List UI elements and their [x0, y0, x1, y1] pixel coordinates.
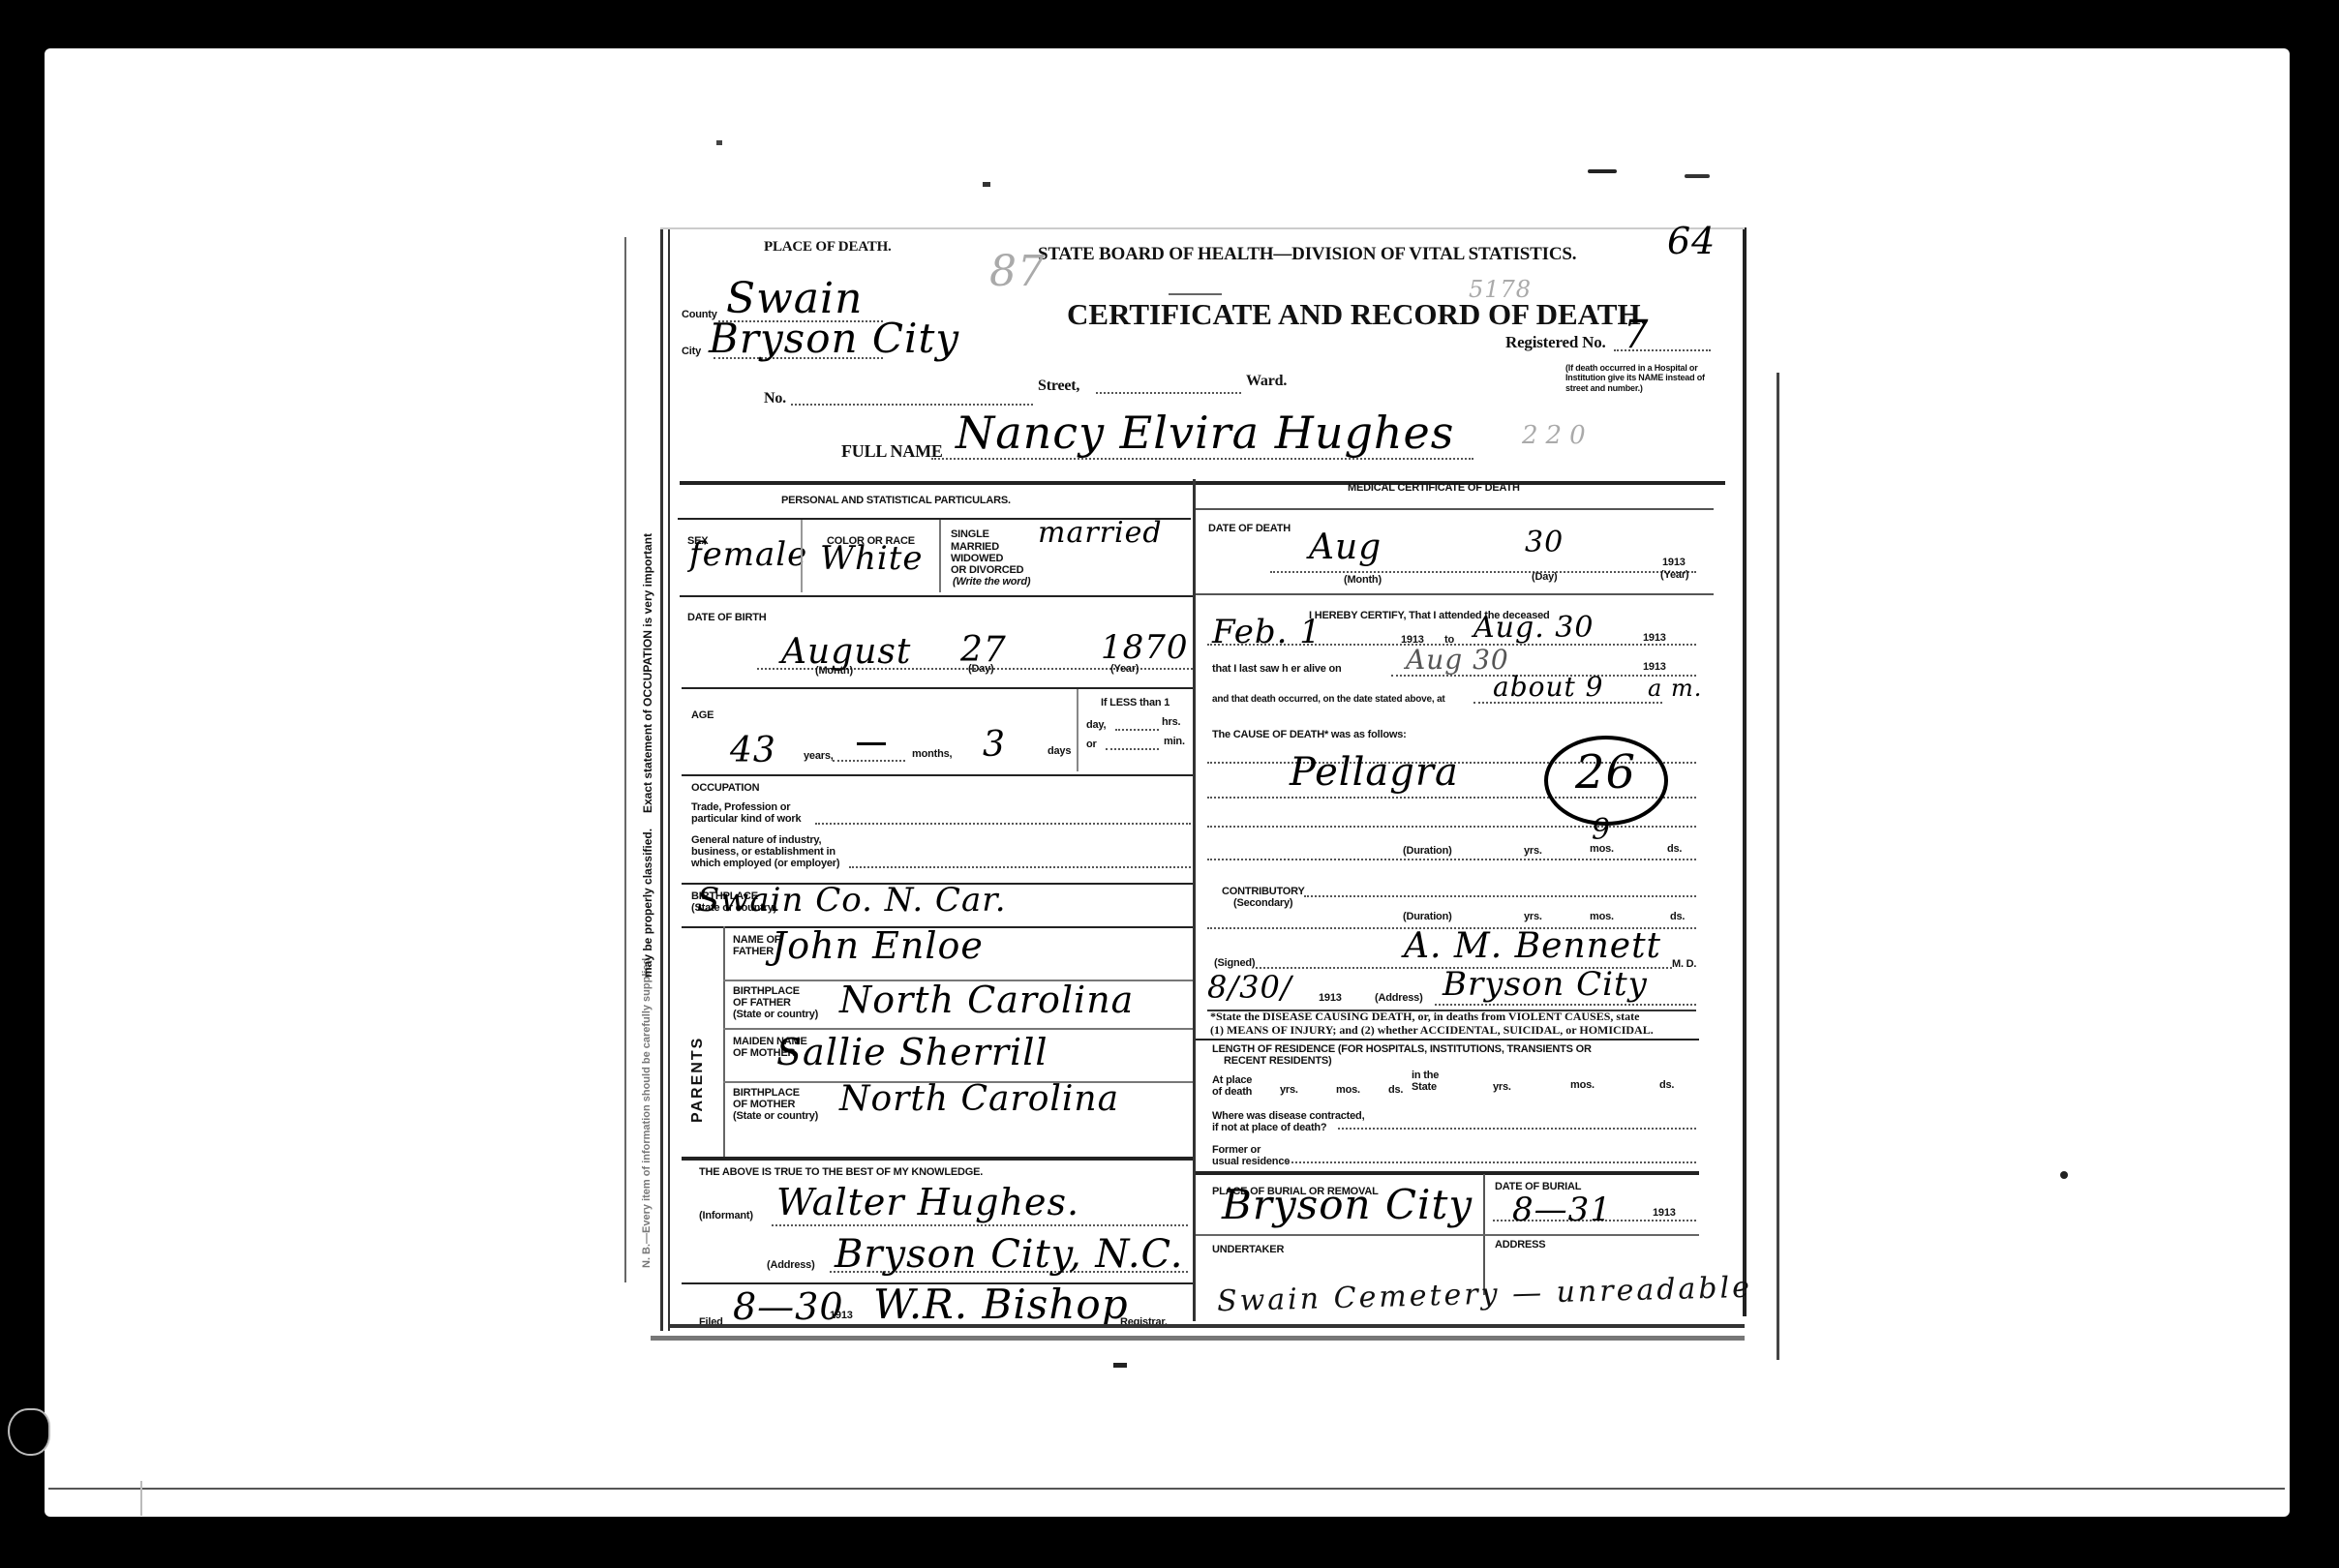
dob-month-caption: (Month)	[815, 665, 853, 677]
row-rule	[1196, 1171, 1699, 1175]
row-rule	[1196, 508, 1714, 510]
full-name-label: FULL NAME	[841, 442, 943, 462]
former-residence-label-2: usual residence	[1212, 1156, 1290, 1167]
or-label: or	[1086, 739, 1097, 750]
death-time-label: and that death occurred, on the date sta…	[1212, 694, 1445, 705]
margin-note-1: N. B.—Every item of information should b…	[641, 955, 653, 1268]
last-saw-year: 1913	[1643, 661, 1666, 673]
column-divider	[1193, 479, 1196, 1321]
father-birthplace-label-1: BIRTHPLACE	[733, 985, 800, 997]
parents-divider	[723, 926, 725, 1159]
age-label: AGE	[691, 709, 714, 721]
stray-mark	[1588, 169, 1617, 173]
medical-section-title: MEDICAL CERTIFICATE OF DEATH	[1348, 482, 1520, 494]
dod-day[interactable]: 30	[1525, 526, 1564, 559]
form-bottom-shadow	[651, 1336, 1745, 1341]
burial-year: 1913	[1653, 1207, 1676, 1219]
signed-address-value[interactable]: Bryson City	[1443, 965, 1648, 1004]
residence-title-2: RECENT RESIDENTS)	[1224, 1055, 1332, 1067]
contracted-line[interactable]	[1338, 1128, 1696, 1130]
full-name-annotation: 220	[1522, 421, 1594, 450]
less-than-day-label: If LESS than 1	[1101, 697, 1169, 709]
contributory-mos: mos.	[1590, 911, 1614, 922]
informant-address-value[interactable]: Bryson City, N.C.	[835, 1232, 1183, 1277]
personal-section-title: PERSONAL AND STATISTICAL PARTICULARS.	[781, 495, 1011, 506]
signed-address-line	[1435, 1004, 1696, 1006]
title-rule	[1169, 293, 1222, 295]
dod-year-caption: (Year)	[1660, 569, 1688, 581]
marital-label-2: MARRIED	[951, 541, 999, 553]
margin-number-mark: 87	[989, 247, 1046, 296]
dod-day-caption: (Day)	[1532, 571, 1558, 583]
md-label: M. D.	[1672, 958, 1696, 970]
filed-date[interactable]: 8—30	[733, 1285, 844, 1328]
sheet-tick-mark	[140, 1481, 142, 1516]
row-rule	[682, 1157, 1193, 1161]
industry-line[interactable]	[849, 866, 1191, 868]
stray-mark	[1113, 1363, 1127, 1368]
marital-label-5: (Write the word)	[953, 576, 1030, 588]
race-value[interactable]: White	[820, 539, 924, 578]
former-residence-label-1: Former or	[1212, 1144, 1261, 1156]
age-months-caption: months,	[912, 748, 952, 760]
at-place-label-1: At place	[1212, 1074, 1252, 1086]
contributory-label: CONTRIBUTORY	[1222, 886, 1305, 897]
form-bottom-border	[670, 1324, 1745, 1328]
row-rule	[1196, 1234, 1699, 1236]
age-months-line	[833, 760, 905, 762]
duration-label: (Duration)	[1403, 845, 1452, 857]
street-no-label: No.	[764, 390, 786, 407]
registered-no-value[interactable]: 7	[1624, 313, 1649, 357]
city-value[interactable]: Bryson City	[709, 315, 959, 362]
occupation-label: OCCUPATION	[691, 782, 759, 794]
dod-year: 1913	[1662, 557, 1686, 568]
informant-address-label: (Address)	[767, 1259, 815, 1271]
day-label: day,	[1086, 719, 1106, 731]
age-years-caption: years,	[804, 750, 834, 762]
dod-month-caption: (Month)	[1344, 574, 1382, 586]
in-state-ds: ds.	[1659, 1079, 1674, 1091]
cell-divider	[1077, 689, 1078, 771]
mother-birthplace-value[interactable]: North Carolina	[839, 1079, 1119, 1119]
marital-value[interactable]: married	[1038, 516, 1163, 550]
scan-artifact	[8, 1408, 50, 1456]
row-rule	[682, 774, 1193, 776]
dob-day-caption: (Day)	[968, 663, 994, 675]
cause-line-4	[1207, 859, 1696, 860]
cause-code: 26	[1575, 745, 1636, 799]
cause-label: The CAUSE OF DEATH* was as follows:	[1212, 729, 1407, 740]
last-saw-label: that I last saw h er alive on	[1212, 663, 1342, 675]
cause-value[interactable]: Pellagra	[1290, 750, 1459, 795]
in-state-yrs: yrs.	[1493, 1081, 1511, 1093]
former-residence-line[interactable]	[1285, 1161, 1696, 1163]
margin-rule	[624, 237, 626, 1282]
certificate-title: CERTIFICATE AND RECORD OF DEATH.	[1067, 297, 1648, 332]
sex-value[interactable]: female	[689, 535, 807, 574]
street-no-line	[791, 404, 1033, 406]
death-time-suffix: a m.	[1648, 675, 1702, 702]
informant-line	[772, 1224, 1188, 1226]
ward-line	[1096, 392, 1241, 394]
row-rule	[723, 1028, 1193, 1030]
in-state-label-1: in the	[1412, 1070, 1439, 1081]
min-line	[1106, 748, 1159, 750]
stray-mark	[983, 182, 990, 187]
industry-label-1: General nature of industry,	[691, 834, 821, 846]
contributory-ds: ds.	[1670, 911, 1685, 922]
dob-year[interactable]: 1870	[1101, 628, 1189, 667]
contributory-duration-label: (Duration)	[1403, 911, 1452, 922]
duration-yrs: yrs.	[1524, 845, 1542, 857]
contributory-sublabel: (Secondary)	[1233, 897, 1292, 909]
sheet-bottom-rule	[48, 1488, 2285, 1490]
street-label: Street,	[1038, 377, 1079, 395]
form-left-border	[660, 227, 663, 1331]
parents-label: PARENTS	[689, 1037, 707, 1123]
at-place-mos: mos.	[1336, 1084, 1360, 1096]
signed-date[interactable]: 8/30/	[1207, 969, 1292, 1006]
age-months[interactable]: —	[852, 725, 882, 759]
mother-birthplace-label-2: OF MOTHER	[733, 1099, 795, 1110]
page-number-mark: 64	[1667, 220, 1716, 262]
hrs-label: hrs.	[1162, 716, 1180, 728]
trade-label-2: particular kind of work	[691, 813, 801, 825]
father-birthplace-label-2: OF FATHER	[733, 997, 791, 1009]
death-time-value[interactable]: about 9	[1493, 671, 1603, 703]
registered-no-label: Registered No.	[1505, 334, 1606, 352]
signed-address-label: (Address)	[1375, 992, 1423, 1004]
contracted-label-1: Where was disease contracted,	[1212, 1110, 1364, 1122]
trade-label-1: Trade, Profession or	[691, 801, 790, 813]
min-label: min.	[1164, 736, 1185, 747]
signed-year: 1913	[1319, 992, 1342, 1004]
cause-line-3	[1207, 826, 1696, 828]
attended-from[interactable]: Feb. 1	[1212, 613, 1321, 651]
at-place-label-2: of death	[1212, 1086, 1252, 1098]
duration-ds: ds.	[1667, 843, 1682, 855]
age-days-caption: days	[1048, 745, 1071, 757]
contributory-yrs: yrs.	[1524, 911, 1542, 922]
footnote-2: (1) MEANS OF INJURY; and (2) whether ACC…	[1210, 1023, 1654, 1038]
signed-value[interactable]: A. M. Bennett	[1404, 926, 1661, 966]
form-left-border-inner	[668, 227, 670, 1331]
dod-line	[1270, 571, 1696, 573]
stray-mark	[716, 140, 722, 145]
dod-month[interactable]: Aug	[1309, 528, 1382, 567]
at-place-yrs: yrs.	[1280, 1084, 1298, 1096]
place-of-death-label: PLACE OF DEATH.	[764, 239, 892, 256]
contributory-line	[1304, 895, 1696, 897]
undertaker-address-label: ADDRESS	[1495, 1239, 1545, 1251]
father-name-value[interactable]: John Enloe	[772, 924, 984, 967]
attended-to[interactable]: Aug. 30	[1473, 611, 1594, 645]
hrs-line	[1115, 729, 1159, 731]
stray-mark	[2060, 1171, 2068, 1179]
row-rule	[682, 687, 1193, 689]
margin-note-3: Exact statement of OCCUPATION is very im…	[641, 533, 654, 813]
in-state-label-2: State	[1412, 1081, 1437, 1093]
knowledge-statement: THE ABOVE IS TRUE TO THE BEST OF MY KNOW…	[699, 1166, 983, 1178]
attended-to-year: 1913	[1643, 632, 1666, 644]
agency-heading: STATE BOARD OF HEALTH—DIVISION OF VITAL …	[1038, 245, 1576, 265]
informant-value[interactable]: Walter Hughes.	[776, 1181, 1079, 1223]
header-divider	[680, 481, 1725, 485]
row-rule	[1196, 593, 1714, 595]
right-edge-rule	[1777, 373, 1779, 1360]
ward-label: Ward.	[1246, 373, 1287, 390]
death-certificate-form: PLACE OF DEATH. STATE BOARD OF HEALTH—DI…	[660, 227, 1754, 1326]
marital-label-3: WIDOWED	[951, 553, 1003, 564]
form-top-border	[660, 227, 1745, 229]
residence-title-1: LENGTH OF RESIDENCE (FOR HOSPITALS, INST…	[1212, 1043, 1592, 1055]
dob-year-caption: (Year)	[1110, 663, 1139, 675]
father-birthplace-value[interactable]: North Carolina	[839, 979, 1134, 1021]
birthplace-value[interactable]: Swain Co. N. Car.	[697, 881, 1007, 920]
marital-label-4: OR DIVORCED	[951, 564, 1023, 576]
dob-label: DATE OF BIRTH	[687, 612, 767, 623]
father-birthplace-label-3: (State or country)	[733, 1009, 818, 1020]
footnote-1: *State the DISEASE CAUSING DEATH, or, in…	[1210, 1010, 1639, 1024]
full-name-value[interactable]: Nancy Elvira Hughes	[956, 407, 1454, 459]
trade-line[interactable]	[815, 823, 1191, 825]
registrar-signature[interactable]: W.R. Bishop	[873, 1281, 1129, 1328]
marital-label-1: SINGLE	[951, 529, 989, 541]
cell-divider	[801, 520, 803, 592]
mother-name-value[interactable]: Sallie Sherrill	[776, 1031, 1048, 1073]
burial-date-value[interactable]: 8—31	[1512, 1191, 1612, 1229]
industry-label-2: business, or establishment in	[691, 846, 835, 858]
contracted-label-2: if not at place of death?	[1212, 1122, 1326, 1133]
row-rule	[680, 595, 1193, 597]
hospital-note: (If death occurred in a Hospital or Inst…	[1565, 363, 1706, 393]
signed-label: (Signed)	[1214, 957, 1255, 969]
in-state-mos: mos.	[1570, 1079, 1595, 1091]
row-rule	[1196, 1039, 1699, 1040]
industry-label-3: which employed (or employer)	[691, 858, 839, 869]
father-name-label-2: FATHER	[733, 946, 774, 957]
burial-place-value[interactable]: Bryson City	[1222, 1181, 1473, 1228]
informant-label: (Informant)	[699, 1210, 753, 1221]
bottom-scrawl: Swain Cemetery — unreadable	[1217, 1271, 1753, 1318]
at-place-ds: ds.	[1388, 1084, 1403, 1096]
stray-mark	[1685, 174, 1710, 178]
mother-birthplace-label-3: (State or country)	[733, 1110, 818, 1122]
dod-label: DATE OF DEATH	[1208, 523, 1291, 534]
undertaker-label: UNDERTAKER	[1212, 1244, 1284, 1255]
age-days[interactable]: 3	[983, 725, 1006, 765]
city-label: City	[682, 346, 701, 357]
cell-divider	[939, 520, 941, 592]
margin-note-2: may be properly classified.	[641, 829, 654, 978]
filed-year: 1913	[830, 1310, 853, 1321]
mother-birthplace-label-1: BIRTHPLACE	[733, 1087, 800, 1099]
form-right-border	[1743, 227, 1747, 1316]
age-years[interactable]: 43	[730, 731, 776, 770]
duration-mos-value[interactable]: 9	[1592, 813, 1611, 847]
